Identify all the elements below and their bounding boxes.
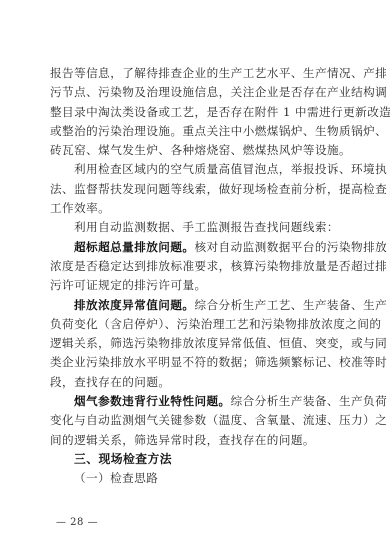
text-span: 核对自动监测数据平台的污染物排放 (194, 240, 387, 254)
section-heading: 三、现场检查方法 (50, 450, 340, 469)
text-line: 或整治的污染治理设施。重点关注中小燃煤锅炉、生物质锅炉、 (50, 122, 340, 141)
text-line: 整目录中淘汰类设备或工艺，是否存在附件 1 中需进行更新改造 (50, 103, 340, 122)
text-line: 报告等信息，了解待排查企业的生产工艺水平、生产情况、产排 (50, 64, 340, 83)
text-line: 超标超总量排放问题。核对自动监测数据平台的污染物排放 (50, 238, 340, 257)
text-line: 法、监督帮扶发现问题等线索，做好现场检查前分析，提高检查 (50, 180, 340, 199)
page-number: — 28 — (56, 517, 98, 528)
text-span: 综合分析生产工艺、生产装备、生产 (194, 298, 387, 312)
subsection-heading: （一）检查思路 (50, 469, 340, 488)
text-line: 污节点、污染物及治理设施信息，关注企业是否存在产业结构调 (50, 83, 340, 102)
text-line: 工作效率。 (50, 199, 340, 218)
text-line: 浓度是否稳定达到排放标准要求，核算污染物排放量是否超过排 (50, 257, 340, 276)
text-line: 烟气参数违背行业特性问题。综合分析生产装备、生产负荷 (50, 392, 340, 411)
text-line: 排放浓度异常值问题。综合分析生产工艺、生产装备、生产 (50, 296, 340, 315)
text-line: 逻辑关系，筛选污染物排放浓度异常低值、恒值、突变，或与同 (50, 334, 340, 353)
text-line: 利用检查区域内的空气质量高值冒泡点，举报投诉、环境执 (50, 160, 340, 179)
bold-lead-abnormal-concentration: 排放浓度异常值问题。 (74, 298, 194, 312)
document-page: 报告等信息，了解待排查企业的生产工艺水平、生产情况、产排 污节点、污染物及治理设… (50, 64, 340, 489)
text-line: 类企业污染排放水平明显不符的数据；筛选频繁标记、校准等时 (50, 353, 340, 372)
text-line: 间的逻辑关系，筛选异常时段，查找存在的问题。 (50, 431, 340, 450)
bold-lead-flue-gas: 烟气参数违背行业特性问题。 (74, 394, 231, 408)
bold-lead-overtotal: 超标超总量排放问题。 (74, 240, 194, 254)
text-line: 污许可证规定的排污许可量。 (50, 276, 340, 295)
text-line: 砖瓦窑、煤气发生炉、各种熔烧窑、燃煤热风炉等设施。 (50, 141, 340, 160)
text-span: 综合分析生产装备、生产负荷 (231, 394, 388, 408)
text-line: 利用自动监测数据、手工监测报告查找问题线索： (50, 218, 340, 237)
text-line: 变化与自动监测烟气关键参数（温度、含氧量、流速、压力）之 (50, 411, 340, 430)
text-line: 负荷变化（含启停炉）、污染治理工艺和污染物排放浓度之间的 (50, 315, 340, 334)
text-line: 段，查找存在的问题。 (50, 373, 340, 392)
